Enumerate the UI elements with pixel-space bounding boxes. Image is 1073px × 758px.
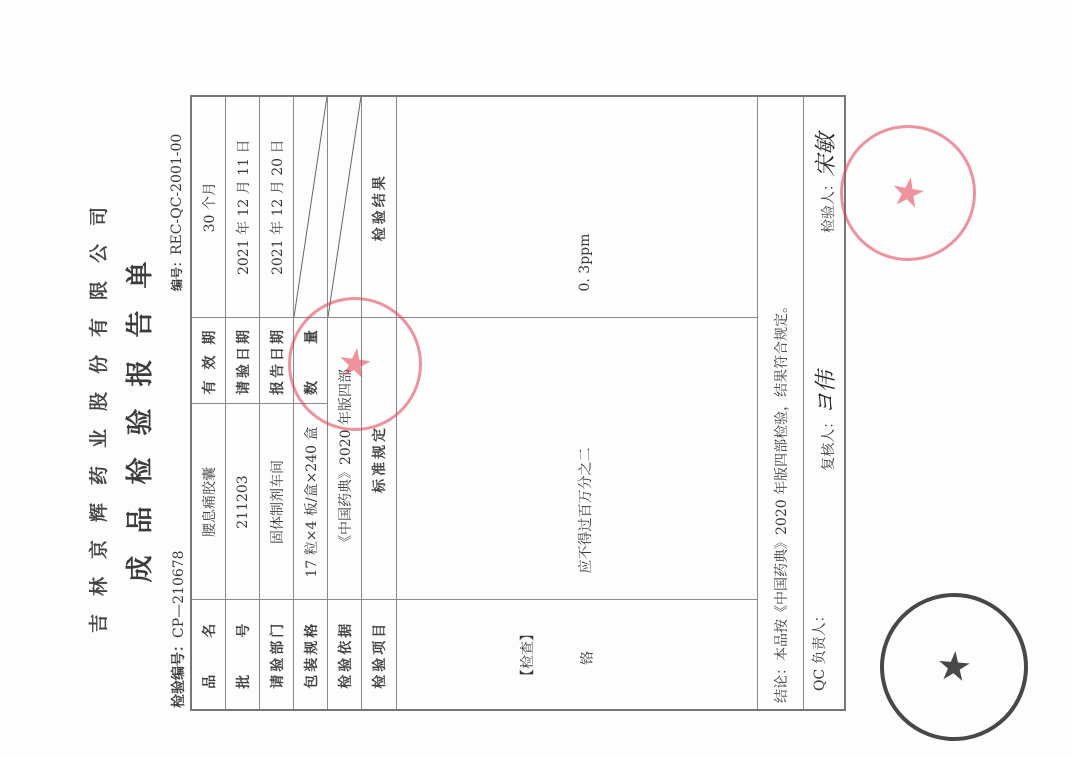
row-department: 请验部门 固体制剂车间 报告日期 2021 年 12 月 20 日: [260, 96, 294, 710]
inspection-number-value: CP—210678: [171, 550, 187, 638]
conclusion-text: 本品按《中国药典》2020 年版四部检验，结果符合规定。: [774, 299, 790, 661]
conclusion-row: 结论：本品按《中国药典》2020 年版四部检验，结果符合规定。: [758, 96, 804, 710]
quantity-value-struck: [294, 96, 328, 318]
report-date-value: 2021 年 12 月 20 日: [260, 96, 294, 318]
batch-value: 211203: [226, 404, 260, 600]
standard-chromium: 应不得过百万分之二: [575, 325, 595, 574]
col-item-header: 检验项目: [362, 600, 397, 710]
results-body: 【检查】 铬 应不得过百万分之二 0. 3ppm: [397, 96, 758, 710]
row-product: 品 名 腰息痛胶囊 有 效 期 30 个月: [191, 96, 226, 710]
black-inspection-seal: ★: [874, 587, 1034, 747]
department-label: 请验部门: [260, 600, 294, 710]
product-name-value: 腰息痛胶囊: [191, 404, 226, 600]
department-value: 固体制剂车间: [260, 404, 294, 600]
basis-struck-cell: [328, 96, 362, 318]
star-icon: ★: [887, 170, 929, 216]
items-cell: 【检查】 铬: [397, 600, 758, 710]
inspector-signature: 宋敏: [814, 133, 839, 177]
report-sheet: 吉林京辉药业股份有限公司 成品检验报告单 检验编号：CP—210678 编号：R…: [60, 91, 1060, 731]
red-seal-bottom: ★: [829, 114, 987, 272]
validity-label: 有 效 期: [191, 318, 226, 404]
product-name-label: 品 名: [191, 600, 226, 710]
reviewer-signature: ヨ伟: [814, 371, 839, 415]
standard-cell: 应不得过百万分之二: [397, 318, 758, 600]
packaging-value: 17 粒×4 板/盒×240 盒: [294, 404, 328, 600]
basis-label: 检验依据: [328, 600, 362, 710]
conclusion-label: 结论：: [774, 661, 790, 703]
request-date-label: 请验日期: [226, 318, 260, 404]
inspection-number-label: 检验编号：: [171, 638, 187, 708]
item-section-check: 【检查】: [517, 607, 537, 684]
diagonal-strike: [294, 97, 327, 318]
request-date-value: 2021 年 12 月 11 日: [226, 96, 260, 318]
conclusion-cell: 结论：本品按《中国药典》2020 年版四部检验，结果符合规定。: [758, 96, 804, 710]
signature-row: QC 负责人： 复核人：ヨ伟 检验人：宋敏: [804, 96, 846, 710]
result-cell: 0. 3ppm: [397, 96, 758, 318]
inspector: 检验人：宋敏: [809, 133, 840, 233]
packaging-label: 包装规格: [294, 600, 328, 710]
item-chromium: 铬: [577, 607, 597, 666]
row-batch: 批 号 211203 请验日期 2021 年 12 月 11 日: [226, 96, 260, 710]
company-name: 吉林京辉药业股份有限公司: [84, 91, 111, 731]
star-icon: ★: [934, 646, 973, 689]
inspection-number: 检验编号：CP—210678: [168, 550, 188, 708]
diagonal-strike: [328, 97, 361, 318]
form-number-label: 编号：: [170, 255, 184, 291]
document-title: 成品检验报告单: [118, 91, 157, 731]
qc-manager: QC 负责人：: [809, 608, 840, 691]
inspection-table: 品 名 腰息痛胶囊 有 效 期 30 个月 批 号 211203 请验日期 20…: [190, 95, 846, 711]
validity-value: 30 个月: [191, 96, 226, 318]
batch-label: 批 号: [226, 600, 260, 710]
col-result-header: 检验结果: [362, 96, 397, 318]
form-number-value: REC-QC-2001-00: [169, 134, 185, 255]
result-chromium: 0. 3ppm: [577, 103, 593, 292]
form-number: 编号：REC-QC-2001-00: [168, 134, 185, 291]
reviewer: 复核人：ヨ伟: [809, 371, 840, 471]
star-icon: ★: [332, 343, 378, 385]
